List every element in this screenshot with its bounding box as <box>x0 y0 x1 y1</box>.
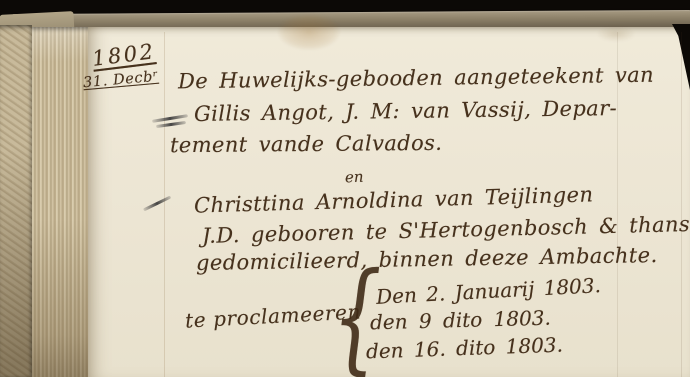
record-conjunction-en: en <box>345 168 364 187</box>
margin-rule-line <box>164 32 165 377</box>
ink-stain <box>596 26 636 42</box>
record-line-groom-origin: tement vande Calvados. <box>170 131 443 157</box>
ink-stain <box>278 14 340 50</box>
stacked-page-edges <box>32 27 90 377</box>
scanned-register-photo: 1802 31. Decbʳ De Huwelijks-gebooden aan… <box>0 0 690 377</box>
book-cover-edge <box>0 25 32 377</box>
page-crease-line <box>681 32 682 377</box>
proclamation-date-2: den 9 dito 1803. <box>370 306 551 335</box>
